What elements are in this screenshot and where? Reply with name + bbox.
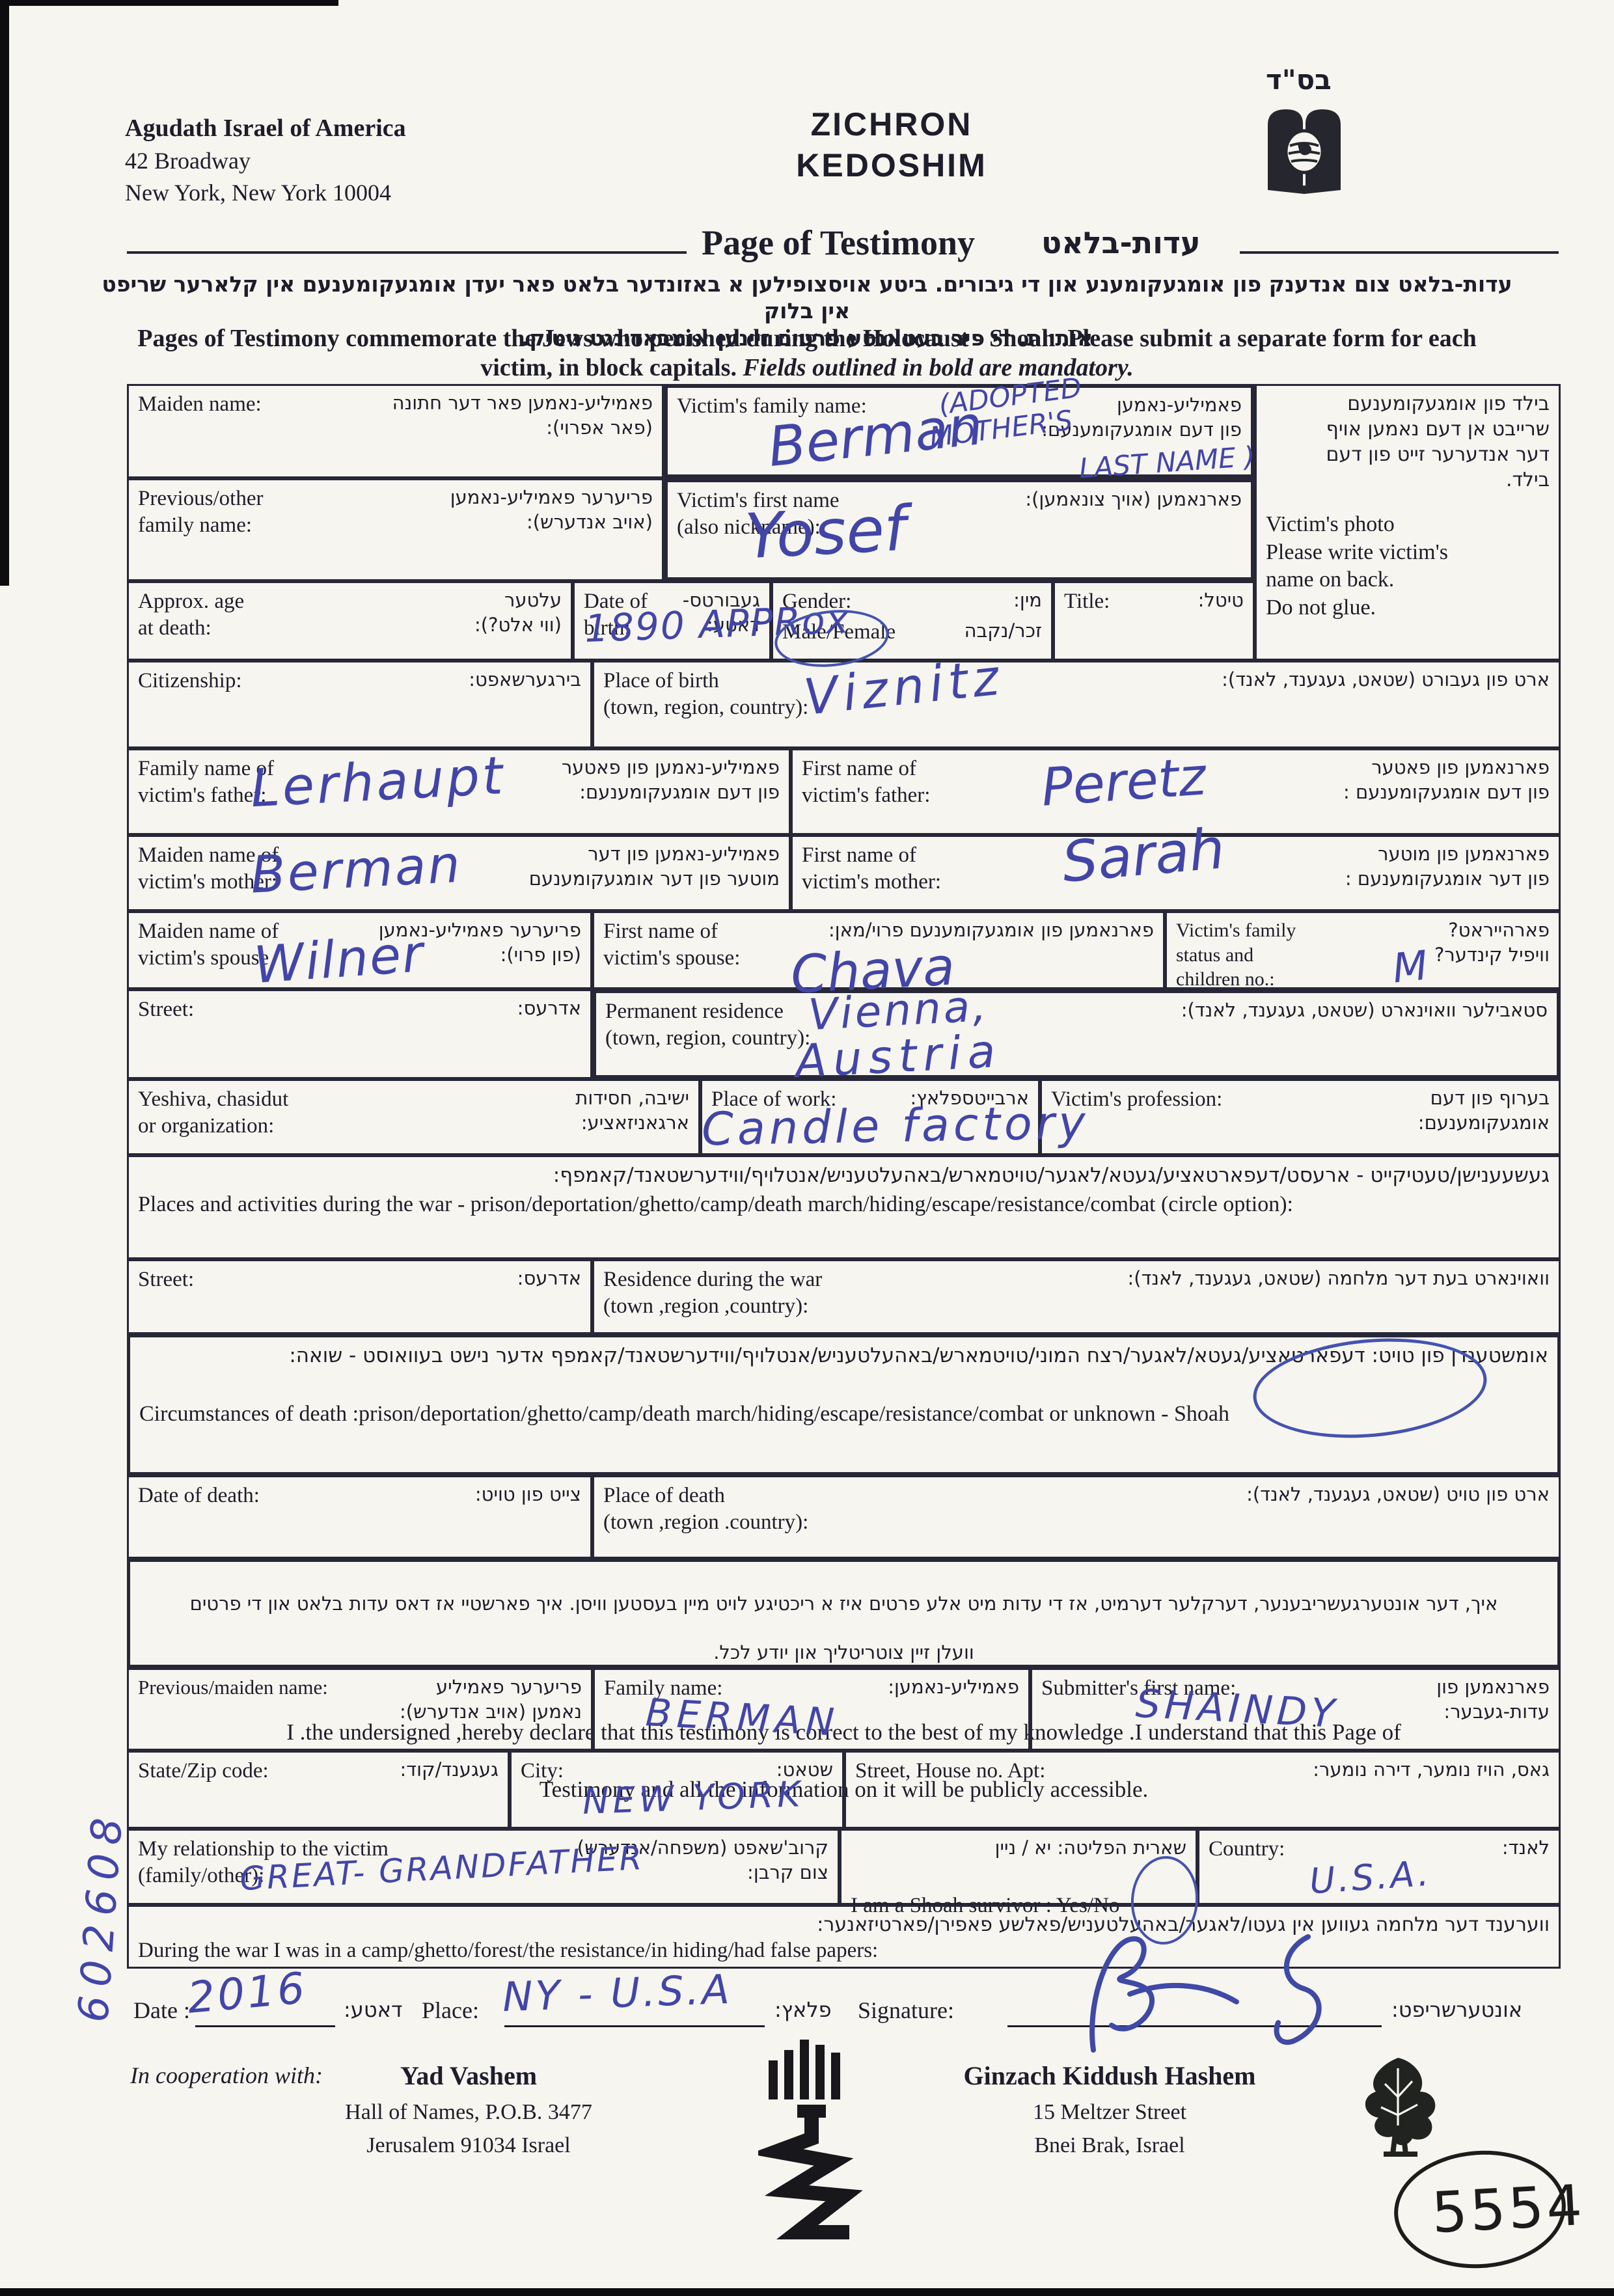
date-label-he: דאטע: bbox=[344, 1997, 402, 2024]
place-death-label-he: ארט פון טויט (שטאט, געגענד, לאנד): bbox=[1246, 1483, 1550, 1507]
bsd-inscription: בס"ד bbox=[1266, 64, 1332, 96]
page-number-circle-mark bbox=[1390, 2145, 1570, 2274]
pob-label: Place of birth (town, region, country): bbox=[603, 668, 808, 722]
approx-age-label: Approx. age at death: bbox=[138, 588, 244, 642]
family-status-label: Victim's family status and children no.: bbox=[1176, 918, 1296, 992]
ginzach-addr2: Bnei Brak, Israel bbox=[937, 2129, 1282, 2162]
page-title-en: Page of Testimony bbox=[702, 223, 975, 263]
street3-label-he: גאס, הויז נומער, דירה נומער: bbox=[1313, 1758, 1550, 1783]
field-street-residence: Street: אדרעס: bbox=[127, 989, 592, 1079]
field-permanent-residence: Permanent residence (town, region, count… bbox=[592, 989, 1561, 1079]
hw-margin-number: 602608 bbox=[73, 1807, 130, 2023]
field-street-house-apt: Street, House no. Apt: גאס, הויז נומער, … bbox=[844, 1751, 1561, 1829]
org-address-block: Agudath Israel of America 42 Broadway Ne… bbox=[125, 112, 406, 208]
org-name: Agudath Israel of America bbox=[125, 112, 406, 145]
intro-english: Pages of Testimony commemorate the Jews … bbox=[91, 324, 1523, 383]
title-field-label-he: טיטל: bbox=[1198, 588, 1244, 613]
title-line2: KEDOSHIM bbox=[677, 145, 1106, 186]
state-zip-label-he: געגענד/קוד: bbox=[400, 1758, 499, 1783]
declaration-block: איך, דער אונטערגעשריבענער, דערקלער דערמי… bbox=[127, 1559, 1561, 1668]
mother-first-label-he: פארנאמען פון מוטער פון דער אומגעקומענעם … bbox=[1345, 842, 1550, 891]
field-maiden-name: Maiden name: פאמיליע-נאמען פאר דער חתונה… bbox=[127, 384, 664, 478]
field-place-of-death: Place of death (town ,region .country): … bbox=[592, 1475, 1561, 1559]
street2-label: Street: bbox=[138, 1266, 194, 1293]
scanned-testimony-page: בס"ד Agudath Israel of America 42 Broadw… bbox=[0, 0, 1614, 2296]
hw-victim-first-name: Yosef bbox=[744, 499, 908, 569]
scan-edge-bottom bbox=[0, 2288, 1614, 2296]
yeshiva-label-he: ישיבה, חסידות ארגאניזאציע: bbox=[575, 1086, 689, 1135]
field-yeshiva: Yeshiva, chasidut or organization: ישיבה… bbox=[127, 1079, 700, 1155]
hw-country: U.S.A. bbox=[1308, 1856, 1432, 1900]
circumstances-circled-option: unknown - Shoah bbox=[1073, 1402, 1229, 1426]
field-residence-during-war: Residence during the war (town ,region ,… bbox=[592, 1259, 1561, 1334]
hw-place-of-work: Candle factory bbox=[701, 1100, 1089, 1152]
declaration-he-line1: איך, דער אונטערגעשריבענער, דערקלער דערמי… bbox=[139, 1592, 1548, 1617]
spouse-first-label-he: פארנאמען פון אומגעקומענעם פרוי/מאן: bbox=[828, 918, 1154, 943]
sub-previous-label-he: פריערער פאמיליע נאמען (אויב אנדערש): bbox=[400, 1675, 582, 1724]
photo-instructions-en: Victim's photo Please write victim's nam… bbox=[1266, 511, 1550, 622]
field-street-war: Street: אדרעס: bbox=[127, 1259, 592, 1334]
family-status-label-he: פארהייראט? וויפיל קינדער? bbox=[1434, 918, 1550, 967]
field-places-activities: געשעענישן/טעטיקייט - ארעסט/דעפארטאציע/גע… bbox=[127, 1155, 1561, 1259]
title-field-label: Title: bbox=[1064, 588, 1110, 615]
hw-spouse-maiden-name: Wilner bbox=[253, 929, 426, 991]
yad-vashem-menorah-icon bbox=[758, 2037, 875, 2245]
mother-maiden-label-he: פאמיליע-נאמען פון דער מוטער פון דער אומג… bbox=[529, 842, 780, 891]
profession-label-he: בערוף פון דעם אומגעקומענעם: bbox=[1418, 1086, 1550, 1135]
previous-name-label-he: פריערער פאמיליע-נאמען (אויב אנדערש): bbox=[450, 485, 653, 534]
previous-name-label: Previous/other family name: bbox=[138, 485, 263, 540]
hw-submitter-first-name: SHAINDY bbox=[1135, 1684, 1339, 1734]
gender-options-he: זכר/נקבה bbox=[964, 619, 1042, 644]
zichron-kedoshim-title: ZICHRON KEDOSHIM bbox=[677, 104, 1106, 185]
hw-mother-first-name: Sarah bbox=[1060, 821, 1227, 890]
state-zip-label: State/Zip code: bbox=[138, 1758, 269, 1784]
perm-residence-label-he: סטאבילער וואוינארט (שטאט, געגענד, לאנד): bbox=[1181, 998, 1548, 1023]
hw-place: NY - U.S.A bbox=[502, 1969, 733, 2017]
title-line1: ZICHRON bbox=[677, 104, 1106, 145]
field-state-zip: State/Zip code: געגענד/קוד: bbox=[127, 1751, 510, 1829]
residence-war-label: Residence during the war (town ,region ,… bbox=[603, 1266, 822, 1320]
hw-submitter-family-name: BERMAN bbox=[645, 1693, 840, 1742]
sub-first-label-he: פארנאמען פון עדות-געבער: bbox=[1436, 1675, 1550, 1724]
page-title-he: עדות-בלאט bbox=[1041, 225, 1201, 260]
signature-label-he: אונטערשריפט: bbox=[1391, 1997, 1522, 2024]
maiden-name-label-he: פאמיליע-נאמען פאר דער חתונה (פאר אפרוי): bbox=[392, 391, 653, 440]
place-underline bbox=[504, 2025, 765, 2027]
field-family-status: Victim's family status and children no.:… bbox=[1165, 911, 1561, 989]
country-label: Country: bbox=[1209, 1836, 1285, 1863]
street1-label-he: אדרעס: bbox=[517, 996, 581, 1021]
signature-label: Signature: bbox=[858, 1997, 954, 2024]
hw-city: NEW YORK bbox=[582, 1777, 804, 1820]
circumstances-text: Circumstances of death :prison/deportati… bbox=[139, 1402, 1073, 1426]
yad-vashem-block: Yad Vashem Hall of Names, P.O.B. 3477 Je… bbox=[312, 2057, 625, 2162]
hw-father-first-name: Peretz bbox=[1040, 750, 1208, 813]
intro-yiddish-line1: עדות-בלאט צום אנדענק פון אומגעקומענע און… bbox=[91, 271, 1523, 325]
father-first-label-he: פארנאמען פון פאטער פון דעם אומגעקומענעם … bbox=[1343, 756, 1550, 804]
city-label: City: bbox=[521, 1758, 564, 1784]
street2-label-he: אדרעס: bbox=[517, 1266, 581, 1291]
ginzach-block: Ginzach Kiddush Hashem 15 Meltzer Street… bbox=[937, 2057, 1282, 2162]
hw-residence-line2: Austria bbox=[794, 1028, 1003, 1085]
date-label: Date : bbox=[133, 1997, 190, 2024]
hw-children-number: M bbox=[1391, 945, 1430, 989]
place-label-he: פלאץ: bbox=[774, 1997, 832, 2024]
father-family-label-he: פאמיליע-נאמען פון פאטער פון דעם אומגעקומ… bbox=[562, 756, 780, 804]
hw-date: 2016 bbox=[185, 1967, 308, 2020]
survivor-label-he: שארית הפליטה: יא / ניין bbox=[851, 1836, 1186, 1861]
photo-instructions-he: בילד פון אומגעקומענעם שרייבט אן דעם נאמע… bbox=[1266, 391, 1550, 493]
cooperation-label: In cooperation with: bbox=[130, 2062, 323, 2089]
field-title: Title: טיטל: bbox=[1053, 581, 1255, 661]
yad-vashem-addr2: Jerusalem 91034 Israel bbox=[312, 2129, 625, 2162]
scan-edge-left bbox=[0, 0, 9, 586]
field-citizenship: Citizenship: בירגערשאפט: bbox=[127, 661, 592, 748]
field-approx-age: Approx. age at death: עלטער (ווי אלט?): bbox=[127, 581, 573, 661]
date-death-label-he: צייט פון טויט: bbox=[475, 1483, 581, 1507]
residence-war-label-he: וואוינארט בעת דער מלחמה (שטאט, געגענד, ל… bbox=[1128, 1266, 1550, 1291]
intro-english-line2: victim, in block capitals. Fields outlin… bbox=[91, 353, 1523, 383]
signature-scribble bbox=[1015, 1926, 1380, 2063]
approx-age-label-he: עלטער (ווי אלט?): bbox=[474, 588, 562, 637]
field-date-of-death: Date of death: צייט פון טויט: bbox=[127, 1475, 592, 1559]
field-profession: Victim's profession: בערוף פון דעם אומגע… bbox=[1040, 1079, 1561, 1155]
street3-label: Street, House no. Apt: bbox=[855, 1758, 1045, 1784]
citizenship-label-he: בירגערשאפט: bbox=[469, 668, 581, 692]
hw-mother-maiden-name: Berman bbox=[249, 840, 463, 901]
date-underline bbox=[195, 2025, 335, 2027]
father-first-label: First name of victim's father: bbox=[802, 756, 930, 810]
field-submitter-previous-name: Previous/maiden name: פריערער פאמיליע נא… bbox=[127, 1668, 593, 1751]
citizenship-label: Citizenship: bbox=[138, 668, 242, 694]
spouse-first-label: First name of victim's spouse: bbox=[603, 918, 740, 972]
mother-first-label: First name of victim's mother: bbox=[802, 842, 941, 896]
title-rule-right bbox=[1240, 251, 1559, 254]
gender-label-he: מין: bbox=[1013, 588, 1042, 613]
field-place-of-birth: Place of birth (town, region, country): … bbox=[592, 661, 1561, 748]
places-label-he: געשעענישן/טעטיקייט - ארעסט/דעפארטאציע/גע… bbox=[138, 1162, 1550, 1188]
yad-vashem-name: Yad Vashem bbox=[312, 2057, 625, 2096]
ginzach-tree-icon bbox=[1352, 2055, 1443, 2159]
sub-previous-label: Previous/maiden name: bbox=[138, 1675, 328, 1701]
ginzach-addr1: 15 Meltzer Street bbox=[937, 2096, 1282, 2129]
field-previous-name: Previous/other family name: פריערער פאמי… bbox=[127, 478, 664, 581]
place-death-label: Place of death (town ,region .country): bbox=[603, 1483, 808, 1537]
yeshiva-label: Yeshiva, chasidut or organization: bbox=[138, 1086, 288, 1140]
org-addr2: New York, New York 10004 bbox=[125, 177, 406, 209]
yad-vashem-addr1: Hall of Names, P.O.B. 3477 bbox=[312, 2096, 625, 2129]
date-death-label: Date of death: bbox=[138, 1483, 260, 1509]
hw-father-family-name: Lerhaupt bbox=[249, 750, 506, 815]
country-label-he: לאנד: bbox=[1502, 1836, 1550, 1861]
photo-box: בילד פון אומגעקומענעם שרייבט אן דעם נאמע… bbox=[1255, 384, 1561, 661]
intro-english-line1: Pages of Testimony commemorate the Jews … bbox=[91, 324, 1523, 353]
place-label: Place: bbox=[422, 1997, 479, 2024]
title-rule-left bbox=[127, 251, 687, 254]
places-label-en: Places and activities during the war - p… bbox=[138, 1191, 1550, 1219]
perm-residence-label: Permanent residence (town, region, count… bbox=[605, 998, 810, 1052]
declaration-he-line2: וועלן זיין צוטריטליך און יודע לכל. bbox=[139, 1641, 1548, 1665]
sub-family-label-he: פאמיליע-נאמען: bbox=[888, 1675, 1019, 1700]
org-addr1: 42 Broadway bbox=[125, 145, 406, 177]
victim-first-label-he: פארנאמען (אויך צונאמען): bbox=[1025, 487, 1242, 512]
agudath-tablets-logo-icon bbox=[1261, 103, 1347, 194]
scan-edge-top bbox=[0, 0, 338, 6]
maiden-name-label: Maiden name: bbox=[138, 391, 262, 418]
intro-english-line2-normal: victim, in block capitals. bbox=[480, 354, 743, 381]
street1-label: Street: bbox=[138, 996, 194, 1023]
pob-label-he: ארט פון געבורט (שטאט, געגענד, לאנד): bbox=[1222, 668, 1550, 692]
